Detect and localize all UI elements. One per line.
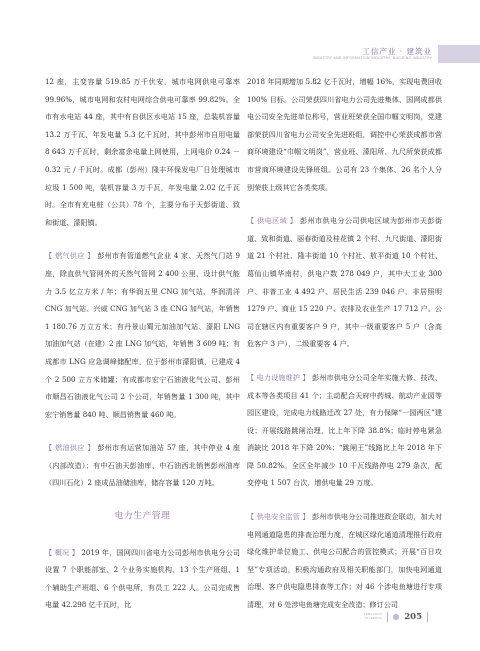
section-title: 电力生产管理 xyxy=(45,508,240,526)
paragraph-power-stats: 12 座，主变容量 519.85 万千伏安，城市电网供电可靠率 99.96%，城… xyxy=(45,73,240,231)
safety-text: 彭州市供电分公司推进政企联动，加大对电网通道隐患的排查治理力度，在城区绿化通道清… xyxy=(247,512,442,609)
header-subtitle: INDUSTRY AND INFORMATION INDUSTRY, BUILD… xyxy=(313,56,432,61)
section-tag-safety: 【 供电安全监管 】 xyxy=(247,512,310,521)
paragraph-maintenance: 【 电力设施维护 】 彭州市供电分公司全年实施大修、技改、成本等各类项目 41 … xyxy=(247,369,442,492)
paragraph-supply-area: 【 供电区域 】 彭州市供电分公司供电区域为彭州市天彭街道、致和街道、丽春街道及… xyxy=(247,212,442,353)
footer-brand-line2: YEARBOOK xyxy=(364,617,382,621)
footer-brand: PENGZHOU YEARBOOK xyxy=(364,613,382,620)
paragraph-overview: 【 概况 】 2019 年，国网四川省电力公司彭州市供电分公司设置 7 个职能部… xyxy=(45,544,240,614)
paragraph-overview-cont: 2018 年同期增加 5.82 亿千瓦时，增幅 16%，实现电费回收 100% … xyxy=(247,73,442,196)
right-column: 2018 年同期增加 5.82 亿千瓦时，增幅 16%，实现电费回收 100% … xyxy=(247,73,442,630)
footer-dot-icon xyxy=(393,614,399,620)
maintenance-text: 彭州市供电分公司全年实施大修、技改、成本等各类项目 41 个；主动配合天府中药城… xyxy=(247,373,442,488)
header-color-bar xyxy=(438,45,480,63)
footer-divider-right xyxy=(427,612,428,622)
paragraph-oil-supply: 【 燃油供应 】 彭州市有运营加油站 57 座，其中停业 4 座（内部改造）；有… xyxy=(45,439,240,492)
page-footer: PENGZHOU YEARBOOK 205 xyxy=(364,612,428,622)
section-tag-overview: 【 概况 】 xyxy=(45,548,79,557)
footer-divider xyxy=(387,612,388,622)
header-text: 工信产业 · 建筑业 INDUSTRY AND INFORMATION INDU… xyxy=(313,47,432,61)
left-column: 12 座，主变容量 519.85 万千伏安，城市电网供电可靠率 99.96%，城… xyxy=(45,73,240,630)
paragraph-gas-supply: 【 燃气供应 】 彭州市有管道燃气企业 4 家、天然气门站 9 座，除直供气管网… xyxy=(45,247,240,423)
supply-area-text: 彭州市供电分公司供电区域为彭州市天彭街道、致和街道、丽春街道及桂花镇 2 个村、… xyxy=(247,216,442,348)
gas-supply-text: 彭州市有管道燃气企业 4 家、天然气门站 9 座，除直供气管网外的天然气管网 2… xyxy=(45,251,240,418)
section-tag-oil: 【 燃油供应 】 xyxy=(45,443,95,452)
running-header: 工信产业 · 建筑业 INDUSTRY AND INFORMATION INDU… xyxy=(313,45,480,63)
header-title: 工信产业 · 建筑业 xyxy=(313,47,432,56)
section-tag-maintenance: 【 电力设施维护 】 xyxy=(247,373,310,382)
section-tag-gas: 【 燃气供应 】 xyxy=(45,251,95,260)
page-number: 205 xyxy=(404,612,422,622)
section-tag-area: 【 供电区域 】 xyxy=(247,216,297,225)
paragraph-safety: 【 供电安全监管 】 彭州市供电分公司推进政企联动，加大对电网通道隐患的排查治理… xyxy=(247,508,442,614)
